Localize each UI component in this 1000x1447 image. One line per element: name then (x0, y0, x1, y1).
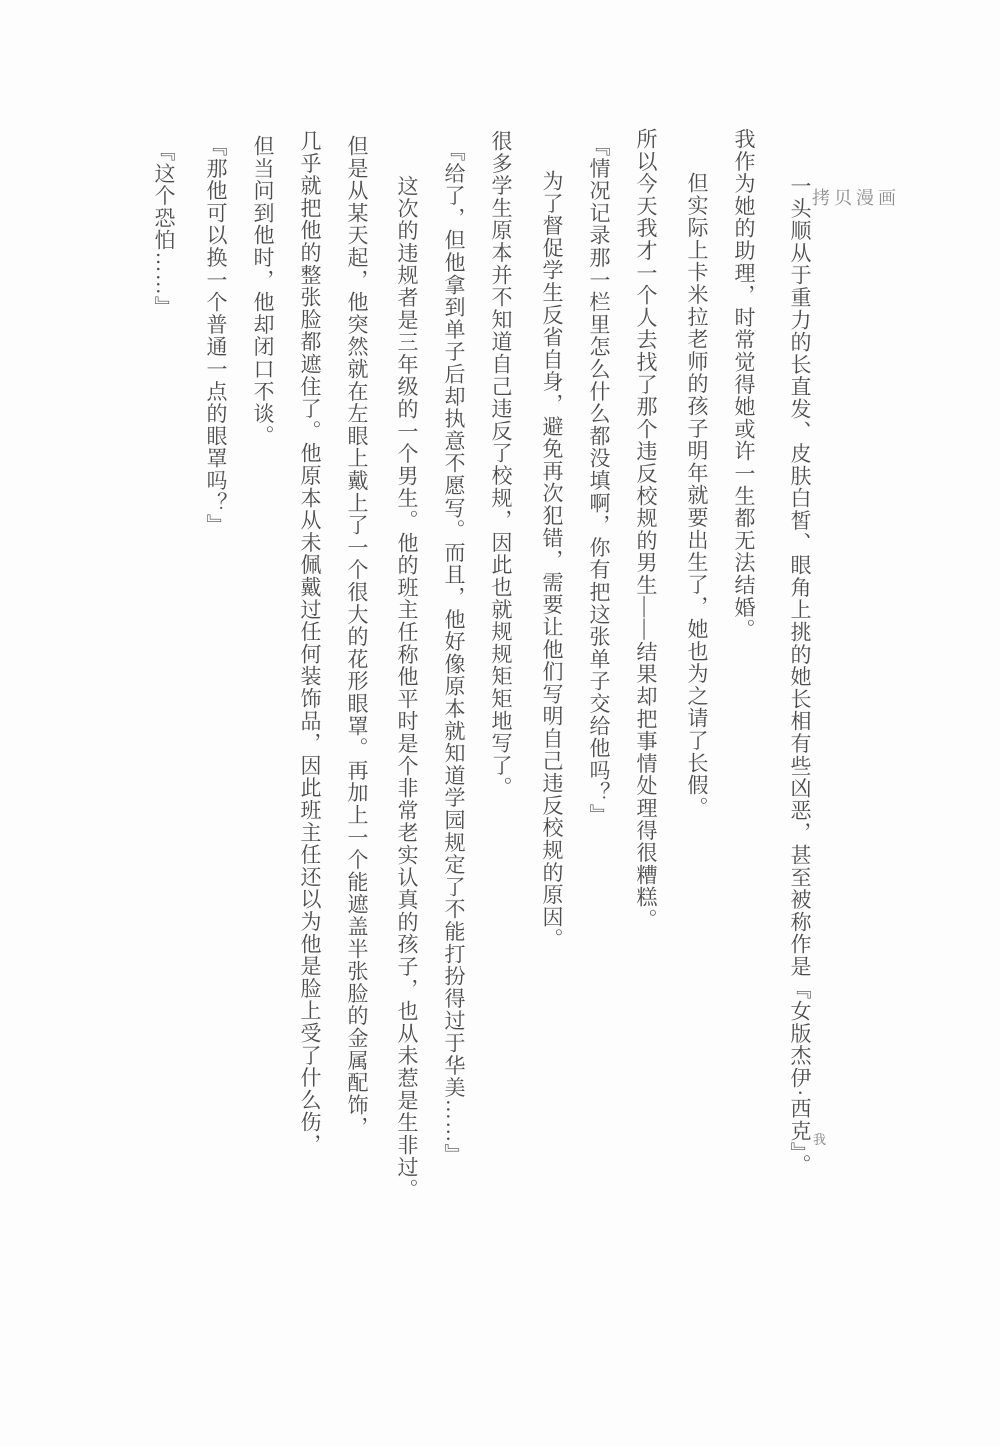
text-column-12: 但当问到他时，他却闭口不谈。 (239, 128, 286, 1265)
text-column-7: 很多学生原本并不知道自己违反了校规，因此也就规规矩矩地写了。 (477, 128, 524, 1260)
text-column-14: 『这个恐怕……』 (140, 128, 187, 1270)
text-column-9: 这次的违规者是三年级的一个男生。他的班主任称他平时是个非常老实认真的孩子，也从未… (383, 128, 430, 1305)
text-column-5: 『情况记录那一栏里怎么什么都没填啊，你有把这张单子交给他吗？』 (575, 128, 622, 1265)
reader-page[interactable]: 拷贝漫画 一头顺从于重力的长直发、皮肤白皙、眼角上挑的她长相有些凶恶，甚至被称作… (0, 0, 1000, 1447)
text-column-6: 为了督促学生反省自身，避免再次犯错，需要让他们写明自己违反校规的原因。 (528, 128, 575, 1300)
text-column-2: 我作为她的助理，时常觉得她或许一生都无法结婚。 (720, 128, 767, 1258)
text-column-3: 但实际上卡米拉老师的孩子明年就要出生了，她也为之请了长假。 (673, 128, 720, 1302)
stray-character: 我 (813, 1129, 826, 1148)
watermark-copymanga: 拷贝漫画 (812, 184, 900, 210)
text-column-4: 所以今天我才一个人去找了那个违反校规的男生——结果却把事情处理得很糟糕。 (622, 128, 669, 1258)
text-column-10: 但是从某天起，他突然就在左眼上戴上了一个很大的花形眼罩。再加上一个能遮盖半张脸的… (333, 128, 380, 1265)
novel-text-block: 一头顺从于重力的长直发、皮肤白皙、眼角上挑的她长相有些凶恶，甚至被称作是『女版杰… (140, 128, 823, 1258)
text-column-11: 几乎就把他的整张脸都遮住了。他原本从未佩戴过任何装饰品，因此班主任还以为他是脸上… (286, 128, 333, 1260)
text-column-8: 『给了，但他拿到单子后却执意不愿写。而且，他好像原本就知道学园规定了不能打扮得过… (430, 128, 477, 1270)
text-column-13: 『那他可以换一个普通一点的眼罩吗？』 (192, 128, 239, 1265)
